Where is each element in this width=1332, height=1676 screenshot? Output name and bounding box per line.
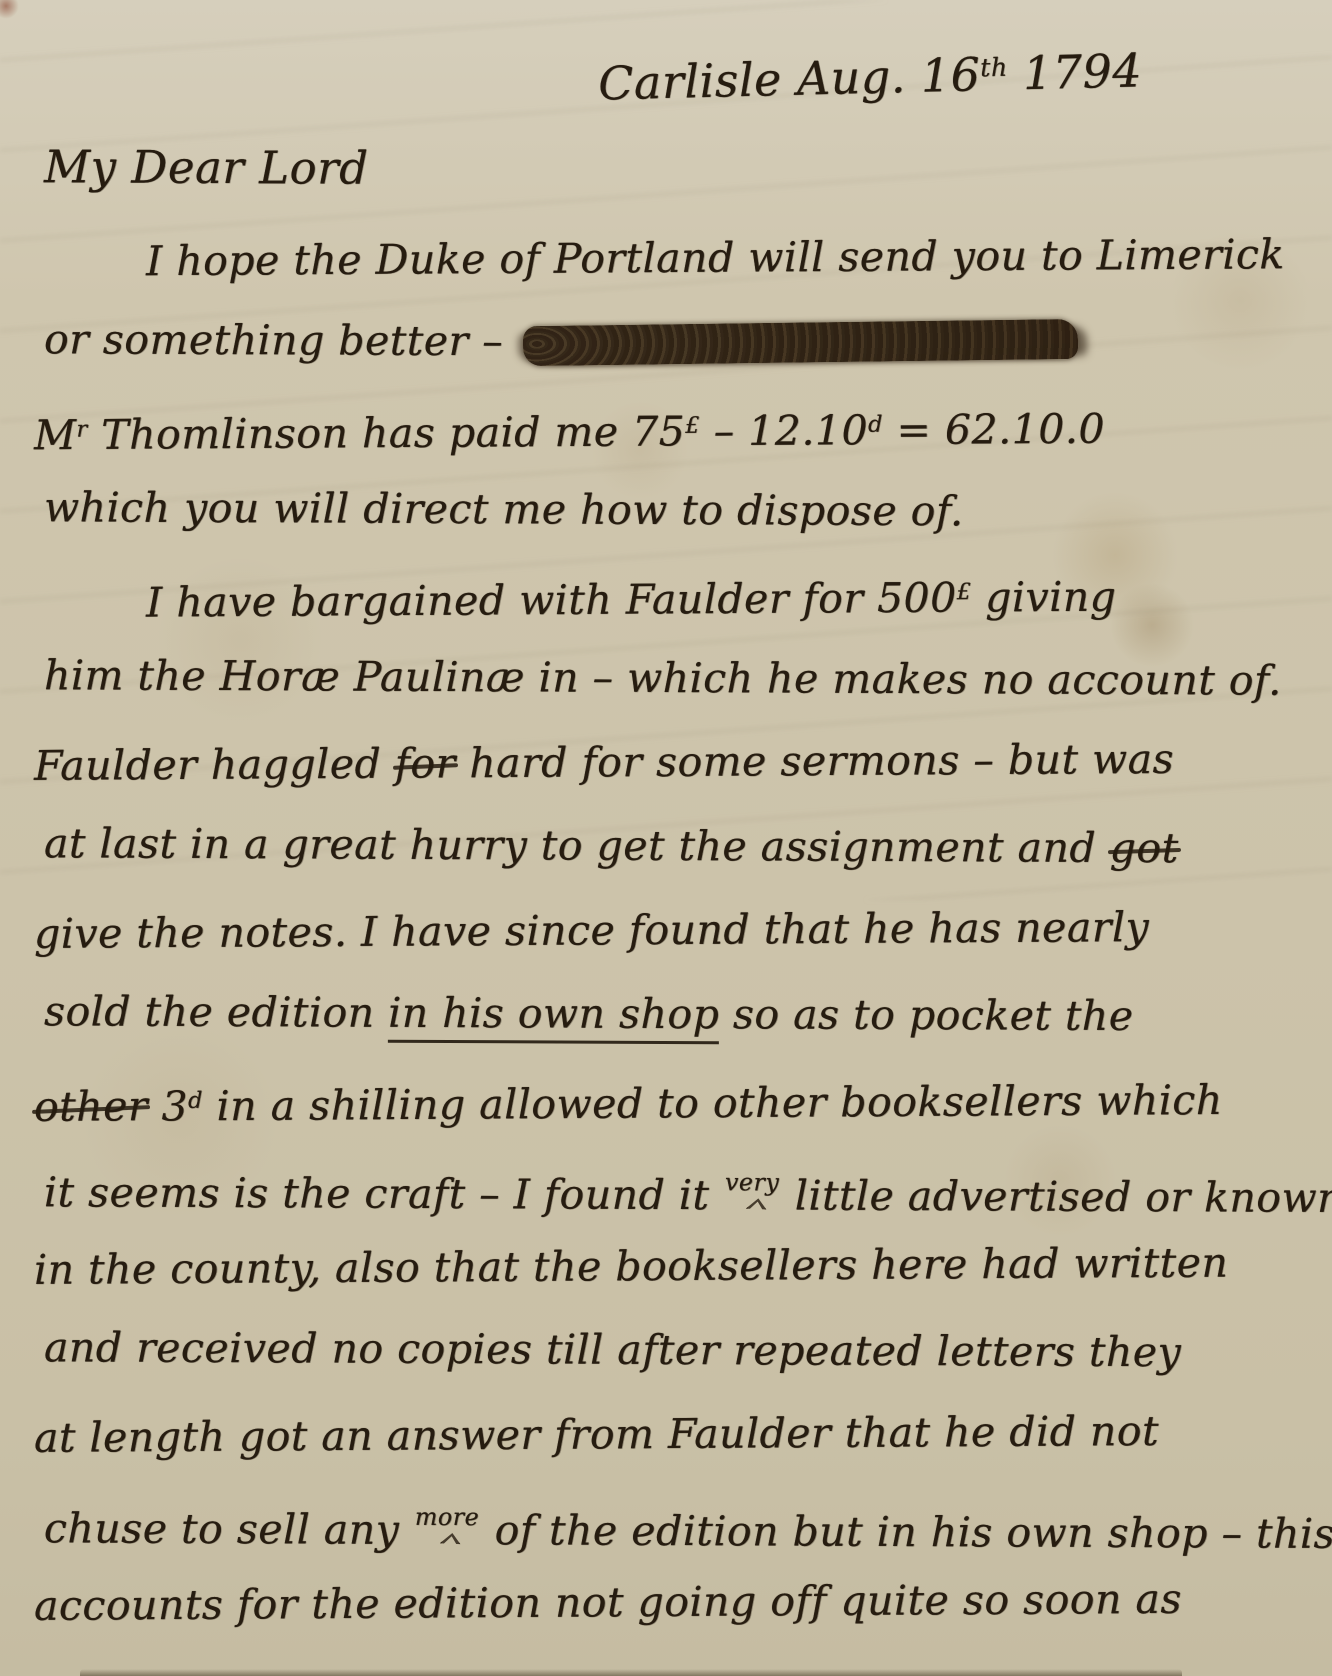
handwriting-segment: – 12.10 xyxy=(700,406,868,455)
handwriting-segment: other xyxy=(34,1083,148,1132)
handwriting-segment: more xyxy=(415,1503,479,1531)
body-line: at last in a great hurry to get the assi… xyxy=(44,801,1302,890)
body-line: him the Horæ Paulinæ in – which he makes… xyxy=(44,633,1302,722)
body-line: chuse to sell any more of the edition bu… xyxy=(44,1473,1302,1562)
handwriting-segment: of the edition but in his own shop – thi… xyxy=(481,1506,1332,1558)
handwriting-segment: in a shilling allowed to other bookselle… xyxy=(203,1076,1223,1130)
handwriting-segment: chuse to sell any xyxy=(44,1504,413,1554)
handwriting-segment: £ xyxy=(957,579,972,605)
handwriting-segment: M xyxy=(34,411,77,459)
ink-redaction-scribble xyxy=(523,319,1078,366)
handwriting-segment: and received no copies till after repeat… xyxy=(44,1323,1181,1376)
handwriting-segment: I have bargained with Faulder for 500 xyxy=(146,574,957,627)
handwriting-segment: d xyxy=(188,1088,203,1114)
body-line: sold the edition in his own shop so as t… xyxy=(44,969,1302,1058)
body-line: give the notes. I have since found that … xyxy=(34,884,1302,976)
handwriting-segment: 1794 xyxy=(1007,43,1142,100)
handwriting-segment: My Dear Lord xyxy=(44,140,369,194)
handwriting-segment: him the Horæ Paulinæ in – which he makes… xyxy=(44,651,1282,704)
handwriting-segment: very xyxy=(725,1168,779,1196)
handwriting-segment: sold the edition xyxy=(44,987,388,1037)
handwriting-segment: give the notes. I have since found that … xyxy=(34,903,1149,958)
body-line: other 3d in a shilling allowed to other … xyxy=(34,1052,1302,1144)
letter-body: Carlisle Aug. 16th 1794My Dear LordI hop… xyxy=(34,28,1302,1644)
body-line-with-redaction: or something better – xyxy=(44,297,1302,386)
dateline: Carlisle Aug. 16th 1794 xyxy=(33,13,1303,140)
body-line: accounts for the edition not going off q… xyxy=(34,1556,1302,1648)
handwriting-segment: in the county, also that the booksellers… xyxy=(34,1239,1229,1294)
body-line: and received no copies till after repeat… xyxy=(44,1305,1302,1394)
body-line: I have bargained with Faulder for 500£ g… xyxy=(34,548,1302,640)
body-line: which you will direct me how to dispose … xyxy=(44,465,1302,554)
handwriting-segment: I hope the Duke of Portland will send yo… xyxy=(146,230,1285,285)
handwriting-segment: which you will direct me how to dispose … xyxy=(44,483,964,535)
handwriting-segment: got xyxy=(1110,824,1179,872)
handwriting-segment: for xyxy=(395,739,456,787)
body-line: Faulder haggled for hard for some sermon… xyxy=(34,716,1302,808)
handwriting-segment: at length got an answer from Faulder tha… xyxy=(34,1407,1159,1462)
handwriting-segment: so as to pocket the xyxy=(719,990,1133,1040)
handwriting-segment: d xyxy=(868,412,883,438)
handwriting-segment: Thomlinson has paid me 75 xyxy=(88,407,686,459)
handwriting-segment: r xyxy=(76,417,87,443)
handwriting-segment: it seems is the craft – I found it xyxy=(44,1168,723,1219)
body-line: at length got an answer from Faulder tha… xyxy=(34,1388,1302,1480)
handwriting-segment: 3 xyxy=(148,1082,188,1130)
handwriting-segment: th xyxy=(980,53,1008,83)
handwriting-segment: = 62.10.0 xyxy=(883,405,1105,454)
handwriting-segment: little advertised or known xyxy=(781,1171,1332,1221)
body-line: in the county, also that the booksellers… xyxy=(34,1220,1302,1312)
handwriting-segment: accounts for the edition not going off q… xyxy=(34,1575,1182,1630)
body-line: Mr Thomlinson has paid me 75£ – 12.10d =… xyxy=(34,380,1302,472)
letter-sheet: Carlisle Aug. 16th 1794My Dear LordI hop… xyxy=(34,28,1302,1656)
handwriting-segment: £ xyxy=(685,413,700,439)
handwriting-segment: giving xyxy=(971,573,1116,622)
handwriting-segment: Carlisle Aug. 16 xyxy=(598,47,981,110)
body-line: it seems is the craft – I found it very … xyxy=(44,1137,1302,1226)
handwriting-segment: hard for some sermons – but was xyxy=(456,735,1175,787)
handwriting-segment: in his own shop xyxy=(388,989,719,1044)
body-line: I hope the Duke of Portland will send yo… xyxy=(34,212,1302,304)
handwriting-segment: at last in a great hurry to get the assi… xyxy=(44,819,1110,872)
handwriting-segment: or something better – xyxy=(44,315,517,365)
handwriting-segment: Faulder haggled xyxy=(34,740,395,790)
salutation: My Dear Lord xyxy=(44,121,1302,218)
